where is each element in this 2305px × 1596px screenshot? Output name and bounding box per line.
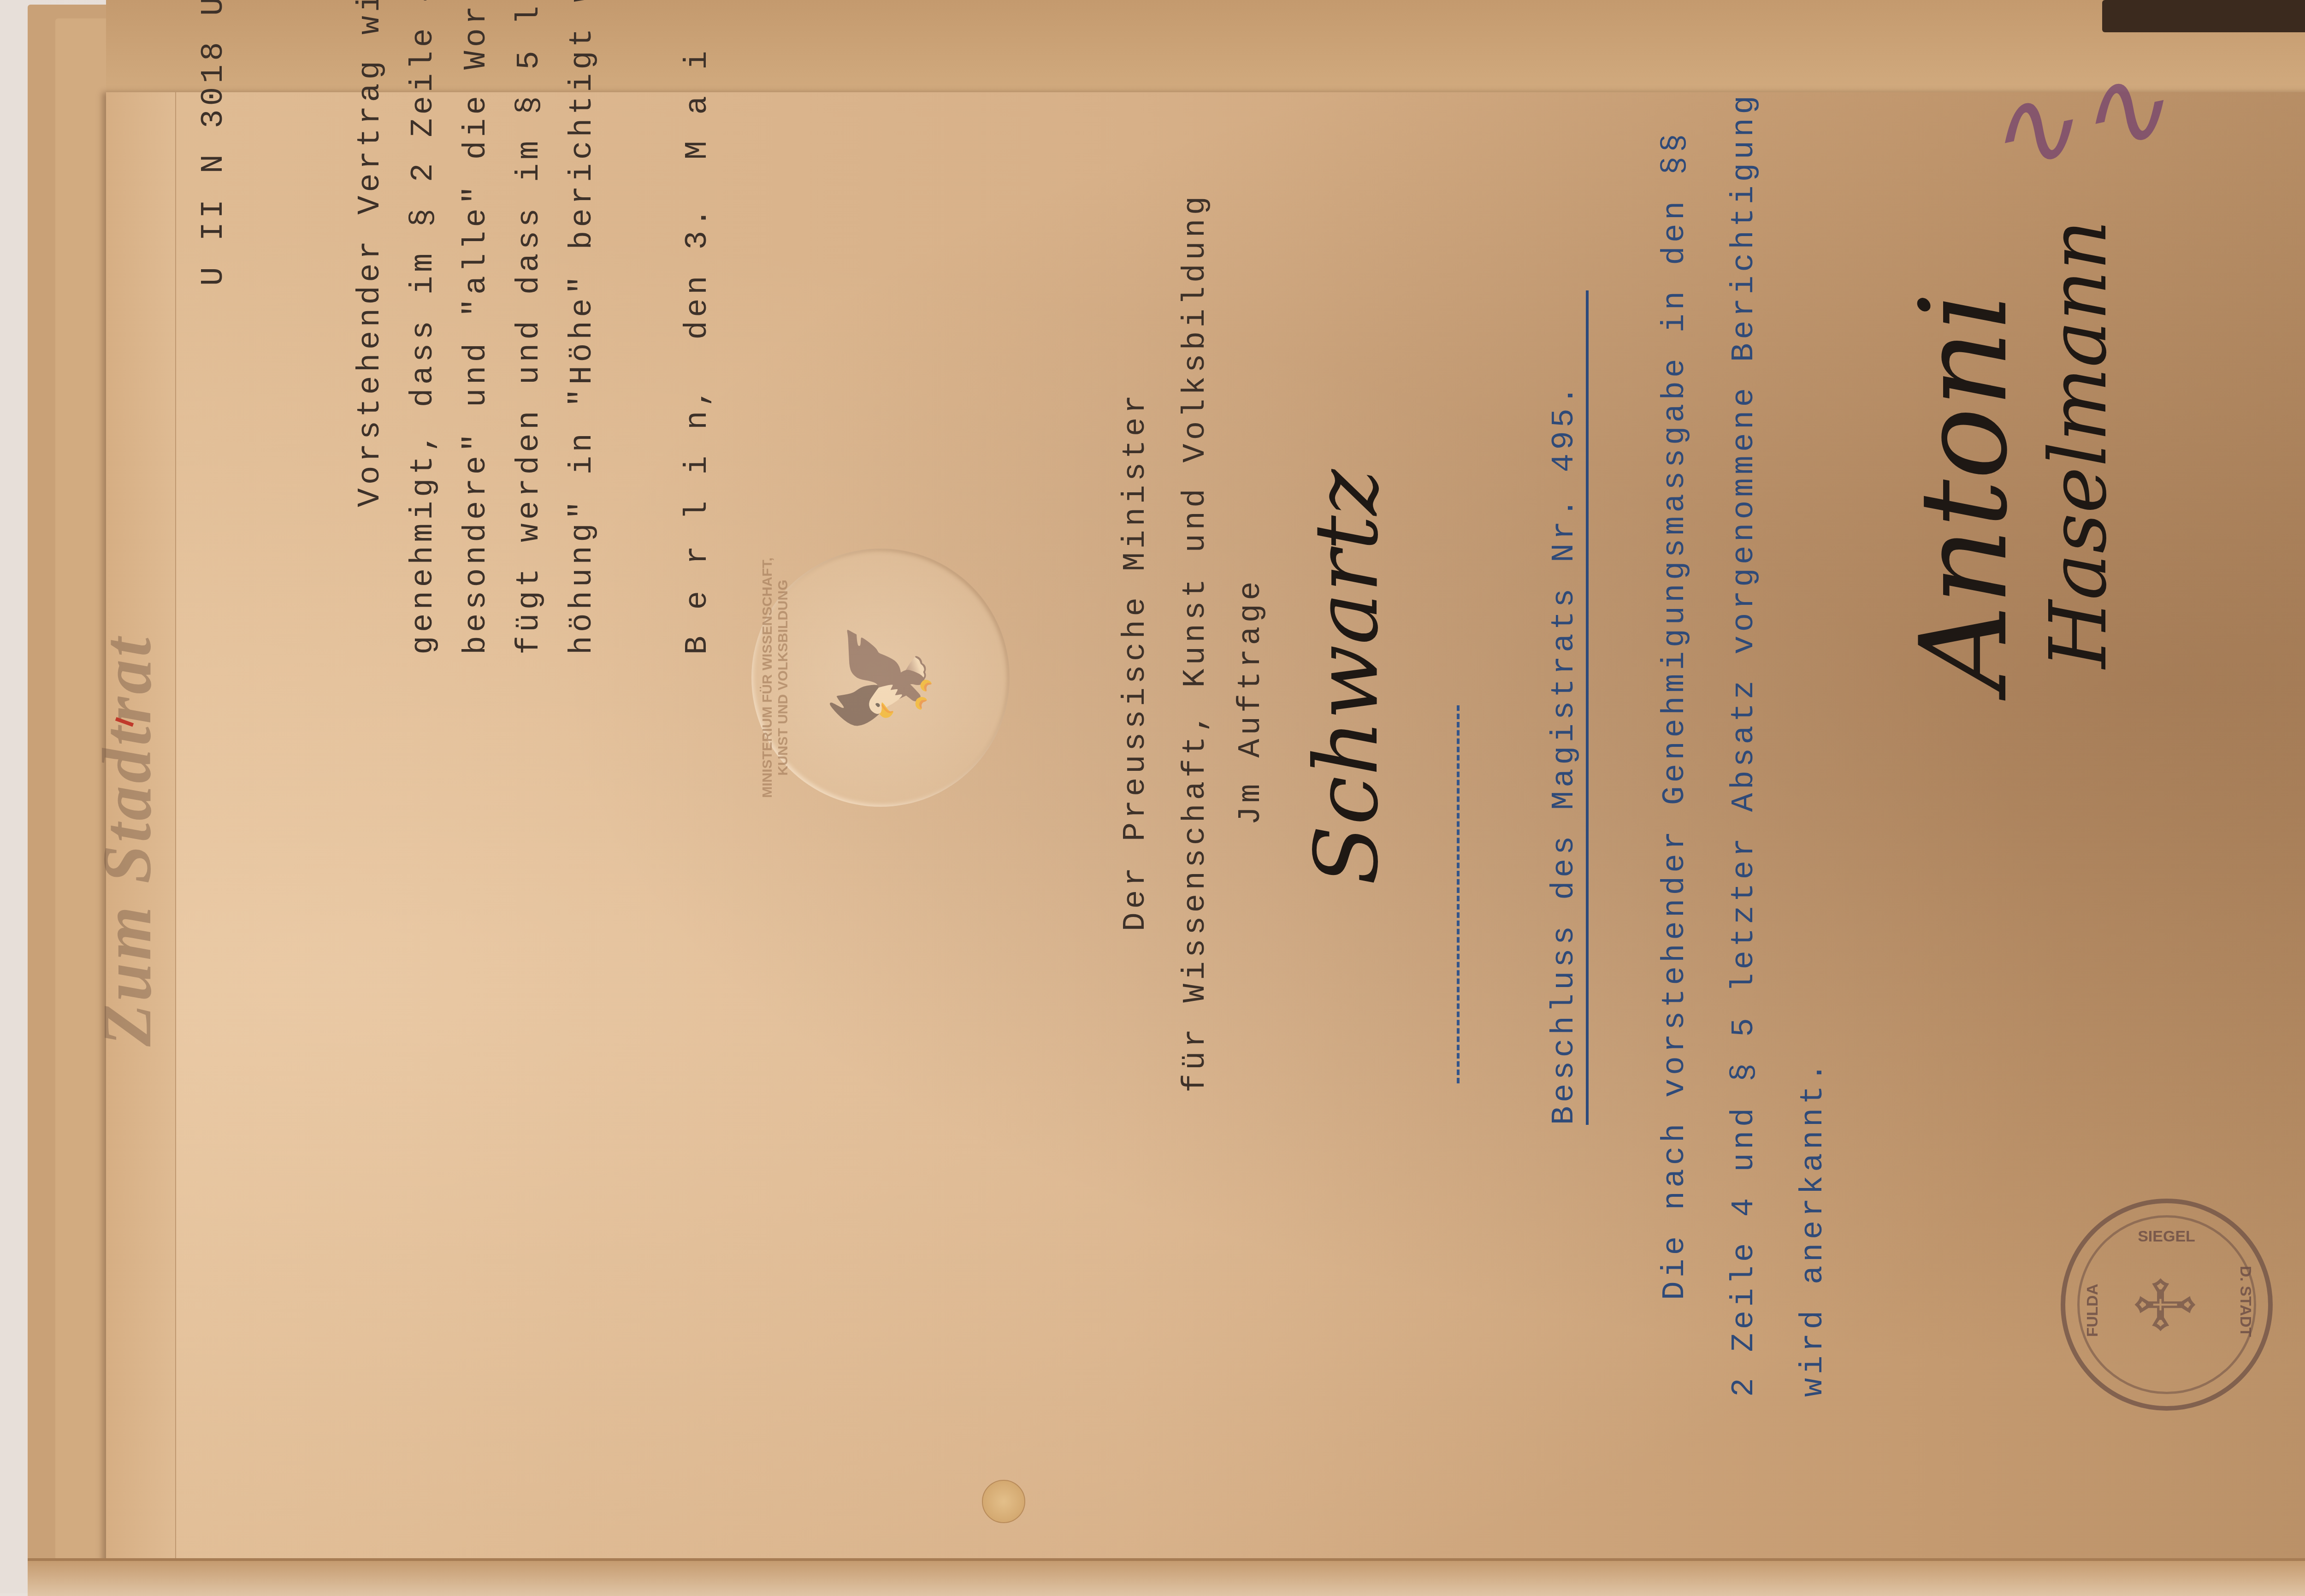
signatory-line-1: Der Preussische Minister <box>1120 391 1152 931</box>
resolution-title: Beschluss des Magistrats Nr. 495. <box>1549 382 1580 1125</box>
punch-hole <box>982 1480 1025 1523</box>
resolution-line-1: Die nach vorstehender Genehmigungsmassga… <box>1660 130 1691 1300</box>
seal-label-bottom: D. STADT <box>2236 1266 2254 1337</box>
photo-background: ∿∿ Zum Stadtrat U II N 3018 U III Vorste… <box>0 0 2305 1593</box>
ministry-embossed-seal: MINISTERIUM FÜR WISSENSCHAFT, KUNST UND … <box>751 549 1010 807</box>
approval-line-1: Vorstehender Vertrag wird hiermit mit de… <box>355 0 386 507</box>
ministry-signature: Schwartz <box>1295 469 1397 885</box>
place-date: B e r l i n, den 3. M a i 1923 <box>682 0 714 655</box>
eagle-icon: 🦅 <box>827 620 935 735</box>
file-reference: U II N 3018 U III <box>198 0 230 286</box>
approval-line-2: genehmigt, dass im § 2 Zeile 4 zwischen … <box>408 0 439 655</box>
magistrate-signature-main: Antoni <box>1895 292 2034 692</box>
folder-shadow <box>2102 0 2305 32</box>
resolution-title-underline <box>1586 290 1589 1125</box>
approval-line-5: höhung" in "Höhe" berichtigt wird. <box>567 0 598 655</box>
saint-figure-icon: ♱ <box>2119 1273 2215 1336</box>
signatory-line-2: für Wissenschaft, Kunst und Volksbildung <box>1180 193 1212 1093</box>
document-page: ∿∿ Zum Stadtrat U II N 3018 U III Vorste… <box>106 92 2305 1567</box>
fulda-city-seal: FULDA SIEGEL D. STADT ♱ <box>2061 1199 2273 1411</box>
seal-label-top: FULDA <box>2084 1284 2102 1337</box>
folder-bottom-edge <box>28 1558 2305 1593</box>
rotated-content: Zum Stadtrat U II N 3018 U III Vorstehen… <box>106 92 2305 1567</box>
approval-line-3: besondere" und "alle" die Worte "auf ihr… <box>461 0 492 655</box>
magistrate-signature-secondary: Haselmann <box>2033 220 2124 668</box>
approval-line-4: fügt werden und dass im § 5 letzter Absa… <box>514 0 545 655</box>
resolution-line-3: wird anerkannt. <box>1798 1059 1829 1397</box>
separator-dashed-rule <box>1457 705 1460 1083</box>
signatory-line-3: Jm Auftrage <box>1235 578 1267 825</box>
seal-label-right: SIEGEL <box>2138 1228 2195 1246</box>
stamp-zum-stadtrat: Zum Stadtrat <box>88 635 167 1046</box>
resolution-line-2: 2 Zeile 4 und § 5 letzter Absatz vorgeno… <box>1729 92 1760 1397</box>
